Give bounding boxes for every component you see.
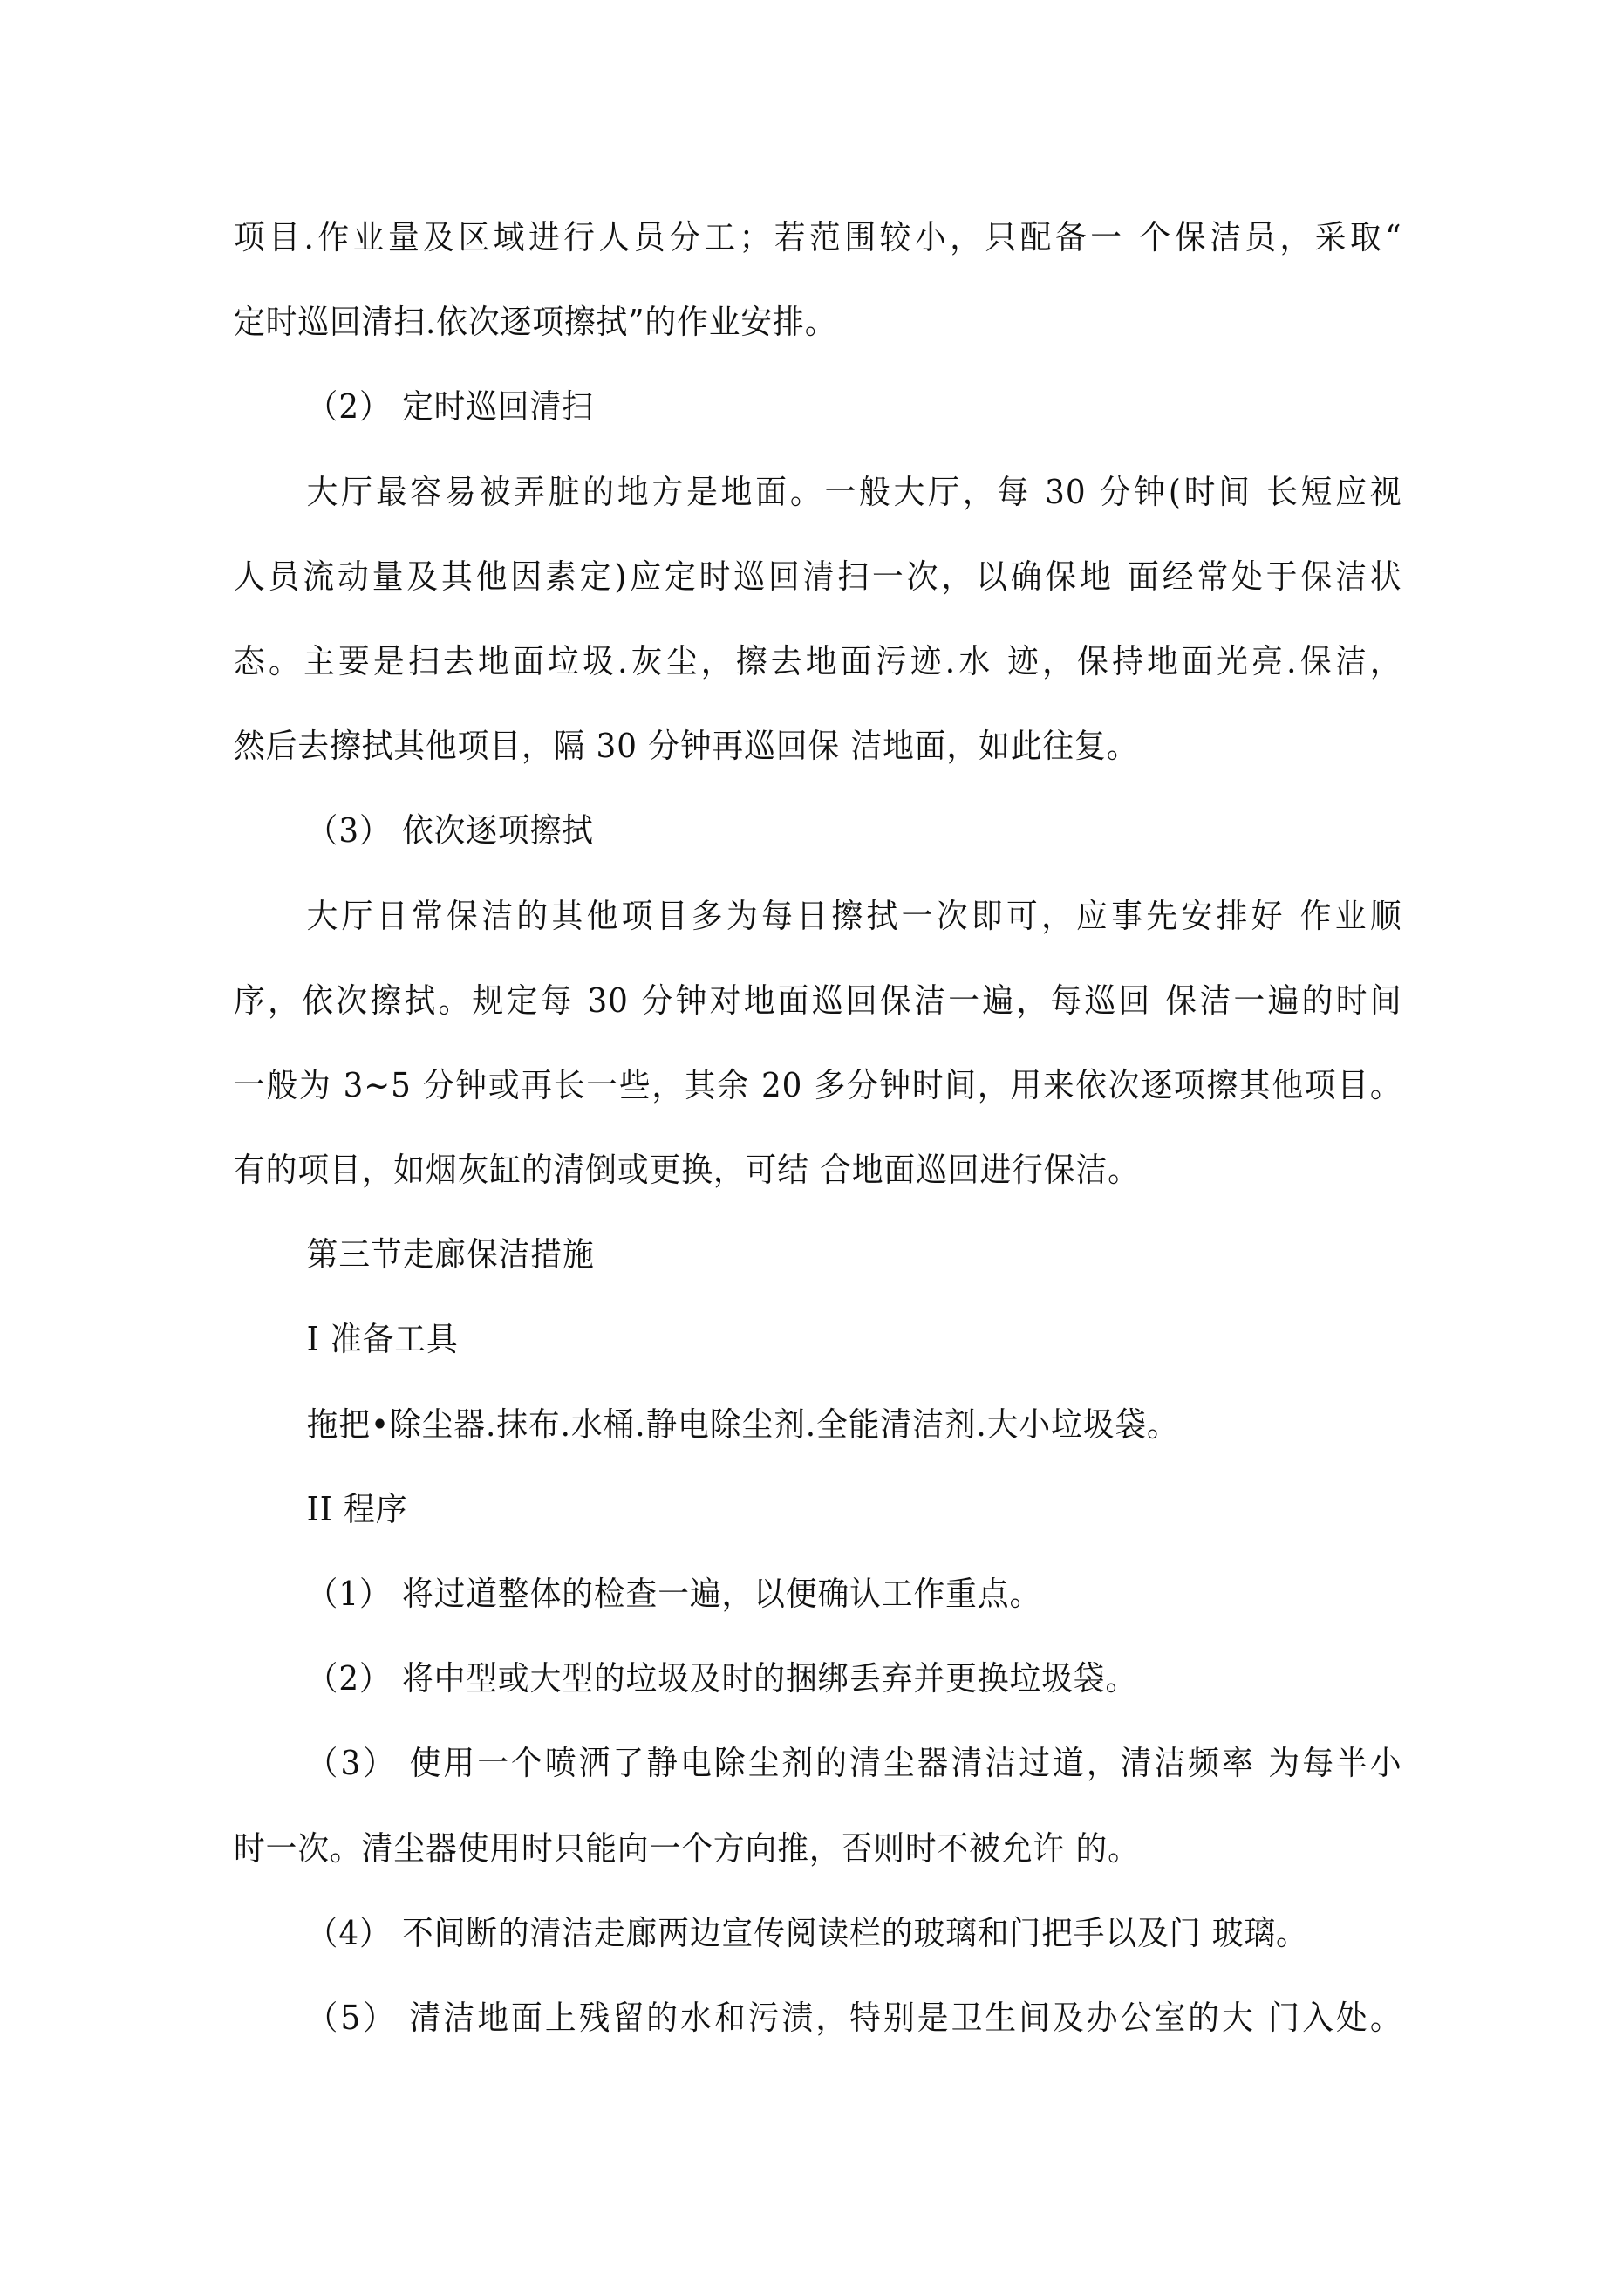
tools-list: 拖把•除尘器.抹布.水桶.静电除尘剂.全能清洁剂.大小垃圾袋。 <box>234 1383 1336 1467</box>
paragraph-line: 序，依次擦拭。规定每 30 分钟对地面巡回保洁一遍，每巡回 保洁一遍的时间 <box>234 959 1402 1043</box>
paragraph-line: 项目.作业量及区域进行人员分工；若范围较小，只配备一 个保洁员，采取“ <box>234 195 1402 280</box>
subheading-timed-patrol: （2） 定时巡回清扫 <box>234 365 1336 449</box>
procedure-step: （3） 使用一个喷洒了静电除尘剂的清尘器清洁过道，清洁频率 为每半小 <box>234 1721 1402 1806</box>
paragraph-line: 然后去擦拭其他项目，隔 30 分钟再巡回保 洁地面，如此往复。 <box>234 704 1336 789</box>
procedure-step: （1） 将过道整体的检查一遍，以便确认工作重点。 <box>234 1552 1336 1637</box>
paragraph-line: 大厅日常保洁的其他项目多为每日擦拭一次即可，应事先安排好 作业顺 <box>234 874 1402 959</box>
paragraph-line: 大厅最容易被弄脏的地方是地面。一般大厅，每 30 分钟(时间 长短应视 <box>234 450 1402 535</box>
paragraph-line: 人员流动量及其他因素定)应定时巡回清扫一次，以确保地 面经常处于保洁状 <box>234 535 1402 619</box>
subheading-procedure: II 程序 <box>234 1467 1336 1552</box>
section-heading: 第三节走廊保洁措施 <box>234 1213 1336 1297</box>
paragraph-line: 态。主要是扫去地面垃圾.灰尘，擦去地面污迹.水 迹，保持地面光亮.保洁， <box>234 619 1402 704</box>
procedure-step: （2） 将中型或大型的垃圾及时的捆绑丢弃并更换垃圾袋。 <box>234 1637 1336 1721</box>
paragraph-line: 时一次。清尘器使用时只能向一个方向推，否则时不被允许 的。 <box>234 1807 1336 1891</box>
procedure-step: （4） 不间断的清洁走廊两边宣传阅读栏的玻璃和门把手以及门 玻璃。 <box>234 1891 1336 1976</box>
subheading-tools: I 准备工具 <box>234 1297 1336 1382</box>
paragraph-line: 有的项目，如烟灰缸的清倒或更换，可结 合地面巡回进行保洁。 <box>234 1128 1336 1213</box>
document-page: 项目.作业量及区域进行人员分工；若范围较小，只配备一 个保洁员，采取“ 定时巡回… <box>234 195 1407 2060</box>
paragraph-line: 一般为 3~5 分钟或再长一些，其余 20 多分钟时间，用来依次逐项擦其他项目。 <box>234 1043 1402 1128</box>
subheading-sequential-wipe: （3） 依次逐项擦拭 <box>234 789 1336 873</box>
paragraph-line: 定时巡回清扫.依次逐项擦拭”的作业安排。 <box>234 280 1336 365</box>
procedure-step: （5） 清洁地面上残留的水和污渍，特别是卫生间及办公室的大 门入处。 <box>234 1976 1402 2060</box>
